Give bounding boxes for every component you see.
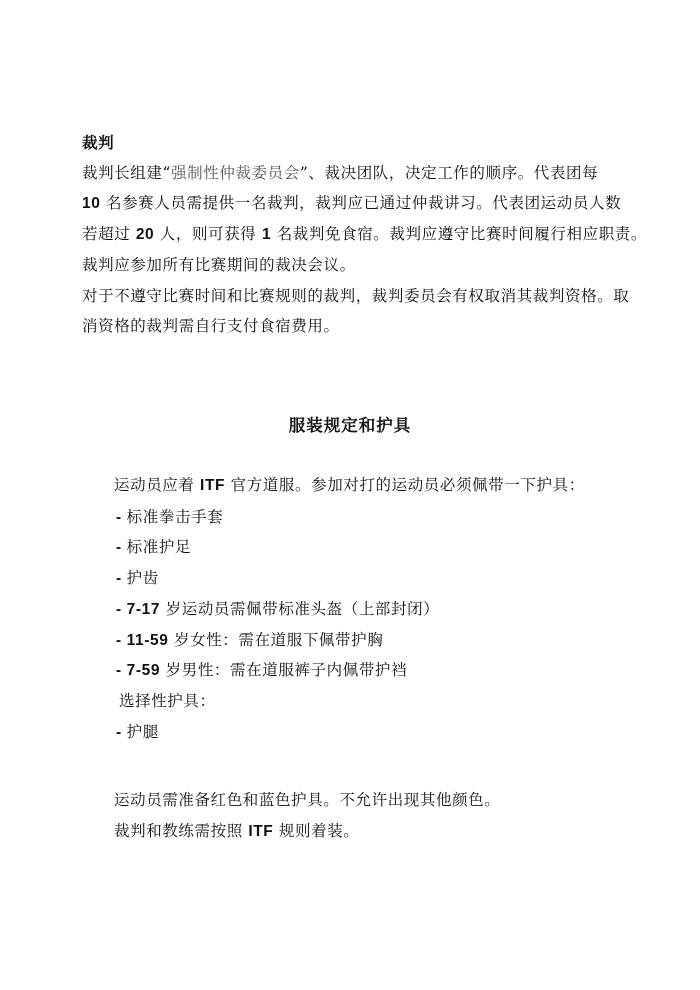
age-range: 7-59 <box>127 662 160 679</box>
optional-gear-label: 选择性护具： <box>119 691 216 711</box>
section-heading-referee: 裁判 <box>82 133 114 153</box>
required-item-foot-guards: - 标准护足 <box>116 537 191 558</box>
text-span: 规则着装。 <box>273 822 359 840</box>
dash-bullet: - <box>116 601 127 618</box>
required-item-groin-guard: - 7-59 岁男性：需在道服裤子内佩带护裆 <box>116 660 407 681</box>
paragraph-line-3: 若超过 20 人，则可获得 1 名裁判免食宿。裁判应遵守比赛时间履行相应职责。 <box>82 224 647 245</box>
quoted-term: 强制性仲裁委员会 <box>171 164 300 182</box>
age-range: 11-59 <box>127 632 169 649</box>
quote-open: “ <box>163 164 172 182</box>
text-span: 人，则可获得 <box>154 225 262 243</box>
text-span: 裁判长组建 <box>82 164 163 182</box>
paragraph-line-1: 裁判长组建“强制性仲裁委员会”、裁决团队，决定工作的顺序。代表团每 <box>82 163 598 183</box>
itf-label: ITF <box>200 477 225 494</box>
document-page: 裁判 裁判长组建“强制性仲裁委员会”、裁决团队，决定工作的顺序。代表团每 10 … <box>0 0 700 990</box>
dash-bullet: - <box>116 724 127 741</box>
item-text: 护腿 <box>127 723 159 741</box>
uniform-intro: 运动员应着 ITF 官方道服。参加对打的运动员必须佩带一下护具： <box>114 475 585 496</box>
paragraph-line-4: 裁判应参加所有比赛期间的裁决会议。 <box>82 255 356 275</box>
dash-bullet: - <box>116 662 127 679</box>
item-text: 标准护足 <box>127 538 191 556</box>
text-span: 名参赛人员需提供一名裁判，裁判应已通过仲裁讲习。代表团运动员人数 <box>100 194 621 212</box>
age-range: 7-17 <box>127 601 160 618</box>
paragraph-line-2: 10 名参赛人员需提供一名裁判，裁判应已通过仲裁讲习。代表团运动员人数 <box>82 193 621 214</box>
required-item-gloves: - 标准拳击手套 <box>116 507 223 528</box>
dash-bullet: - <box>116 570 127 587</box>
itf-label: ITF <box>248 823 273 840</box>
item-text: 岁女性：需在道服下佩带护胸 <box>168 631 383 649</box>
required-item-chest-guard: - 11-59 岁女性：需在道服下佩带护胸 <box>116 630 383 651</box>
text-span: 若超过 <box>82 225 136 243</box>
number: 10 <box>82 195 100 212</box>
required-item-mouthguard: - 护齿 <box>116 568 159 589</box>
item-text: 护齿 <box>127 569 159 587</box>
section-heading-uniform: 服装规定和护具 <box>0 412 700 436</box>
dash-bullet: - <box>116 509 127 526</box>
dash-bullet: - <box>116 632 127 649</box>
closing-line-colors: 运动员需准备红色和蓝色护具。不允许出现其他颜色。 <box>114 790 500 810</box>
closing-line-dress-code: 裁判和教练需按照 ITF 规则着装。 <box>114 821 359 842</box>
item-text: 标准拳击手套 <box>127 508 224 526</box>
number: 20 <box>136 226 154 243</box>
text-span: 名裁判免食宿。裁判应遵守比赛时间履行相应职责。 <box>271 225 647 243</box>
text-span: 裁判和教练需按照 <box>114 822 248 840</box>
item-text: 岁运动员需佩带标准头盔（上部封闭） <box>160 600 439 618</box>
optional-item-shin-guards: - 护腿 <box>116 722 159 743</box>
paragraph-line-6: 消资格的裁判需自行支付食宿费用。 <box>82 316 340 336</box>
text-span: 官方道服。参加对打的运动员必须佩带一下护具： <box>225 476 585 494</box>
number: 1 <box>262 226 271 243</box>
text-span: 运动员应着 <box>114 476 200 494</box>
item-text: 岁男性：需在道服裤子内佩带护裆 <box>160 661 407 679</box>
text-span: 、裁决团队，决定工作的顺序。代表团每 <box>308 164 598 182</box>
required-item-headgear: - 7-17 岁运动员需佩带标准头盔（上部封闭） <box>116 599 439 620</box>
paragraph-line-5: 对于不遵守比赛时间和比赛规则的裁判，裁判委员会有权取消其裁判资格。取 <box>82 286 629 306</box>
dash-bullet: - <box>116 539 127 556</box>
